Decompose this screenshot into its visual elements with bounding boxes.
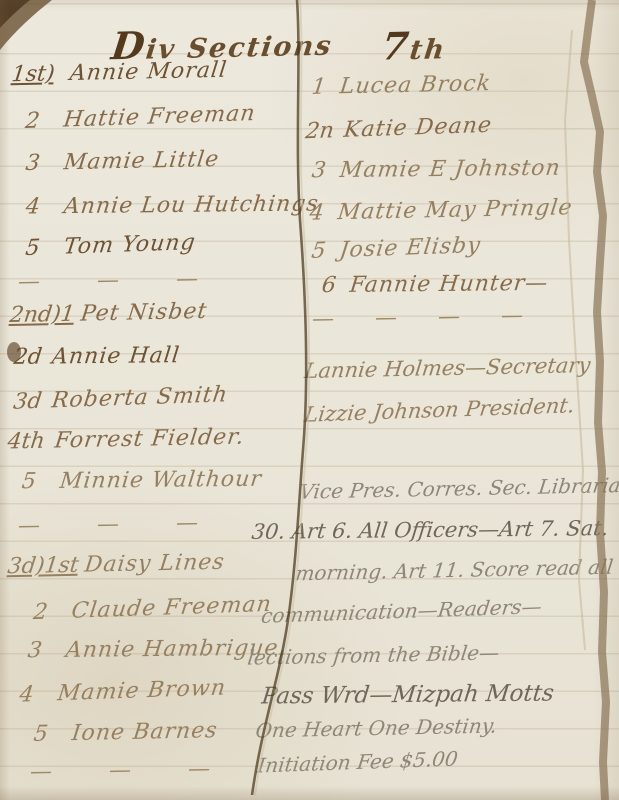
edge-shadow (0, 0, 619, 800)
ledger-page: Div Sections 7th 1st)Annie Morall 2Hatti… (0, 0, 619, 800)
